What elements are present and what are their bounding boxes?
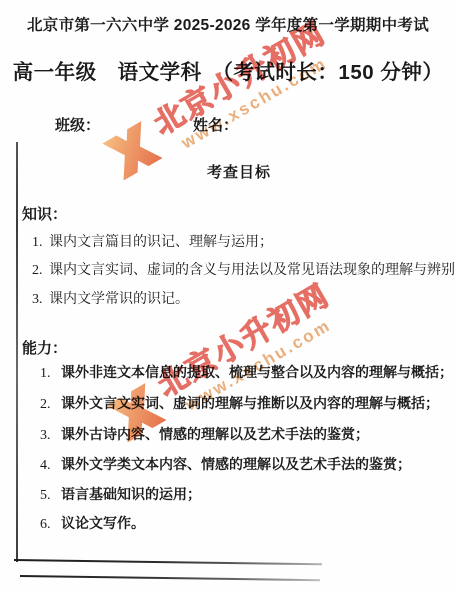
name-label: 姓名： bbox=[193, 114, 238, 135]
ability-item: 3.课外古诗内容、情感的理解以及艺术手法的鉴赏； bbox=[40, 428, 369, 444]
item-number: 5. bbox=[40, 488, 61, 504]
item-number: 4. bbox=[40, 458, 61, 474]
ability-item: 1.课外非连文本信息的提取、梳理与整合以及内容的理解与概括； bbox=[40, 366, 453, 382]
ability-section-label: 能力： bbox=[22, 337, 67, 358]
knowledge-item: 2.课内文言实词、虚词的含义与用法以及常见语法现象的理解与辨别； bbox=[32, 263, 456, 279]
item-number: 1. bbox=[32, 235, 49, 251]
item-number: 2. bbox=[40, 397, 61, 413]
exam-paper-page: 北京小升初网 www.xschu.com 北京小升初网 www.xschu.co… bbox=[0, 0, 456, 589]
bottom-divider-line bbox=[14, 559, 322, 565]
item-number: 1. bbox=[40, 366, 61, 382]
item-text: 课外文学类文本内容、情感的理解以及艺术手法的鉴赏； bbox=[61, 458, 411, 473]
ability-item: 5.语言基础知识的运用； bbox=[40, 488, 201, 504]
item-text: 语言基础知识的运用； bbox=[61, 488, 201, 503]
left-border-line bbox=[16, 142, 18, 562]
item-number: 3. bbox=[32, 292, 49, 308]
item-text: 议论文写作。 bbox=[61, 517, 145, 532]
class-label: 班级： bbox=[55, 114, 100, 135]
exam-header-content: 北京市第一六六中学 2025-2026 学年度第一学期期中考试 高一年级 语文学… bbox=[0, 0, 456, 589]
item-text: 课内文言实词、虚词的含义与用法以及常见语法现象的理解与辨别； bbox=[49, 263, 456, 278]
item-text: 课外文言文实词、虚词的理解与推断以及内容的理解与概括； bbox=[61, 397, 439, 412]
item-text: 课外非连文本信息的提取、梳理与整合以及内容的理解与概括； bbox=[61, 366, 453, 381]
item-text: 课内文学常识的识记。 bbox=[49, 292, 189, 307]
goals-heading: 考查目标 bbox=[11, 161, 456, 182]
knowledge-section-label: 知识： bbox=[22, 203, 67, 224]
knowledge-item: 1.课内文言篇目的识记、理解与运用； bbox=[32, 235, 273, 251]
ability-item: 2.课外文言文实词、虚词的理解与推断以及内容的理解与概括； bbox=[40, 397, 439, 413]
item-text: 课外古诗内容、情感的理解以及艺术手法的鉴赏； bbox=[61, 428, 369, 443]
bottom-divider-line bbox=[20, 575, 320, 581]
exam-subtitle: 高一年级 语文学科 （考试时长：150 分钟） bbox=[0, 55, 456, 85]
item-number: 3. bbox=[40, 428, 61, 444]
item-number: 2. bbox=[32, 263, 49, 279]
item-number: 6. bbox=[40, 517, 61, 533]
knowledge-item: 3.课内文学常识的识记。 bbox=[32, 292, 189, 308]
exam-title: 北京市第一六六中学 2025-2026 学年度第一学期期中考试 bbox=[0, 13, 456, 35]
item-text: 课内文言篇目的识记、理解与运用； bbox=[49, 235, 273, 250]
ability-item: 4.课外文学类文本内容、情感的理解以及艺术手法的鉴赏； bbox=[40, 458, 411, 474]
ability-item: 6.议论文写作。 bbox=[40, 517, 145, 533]
